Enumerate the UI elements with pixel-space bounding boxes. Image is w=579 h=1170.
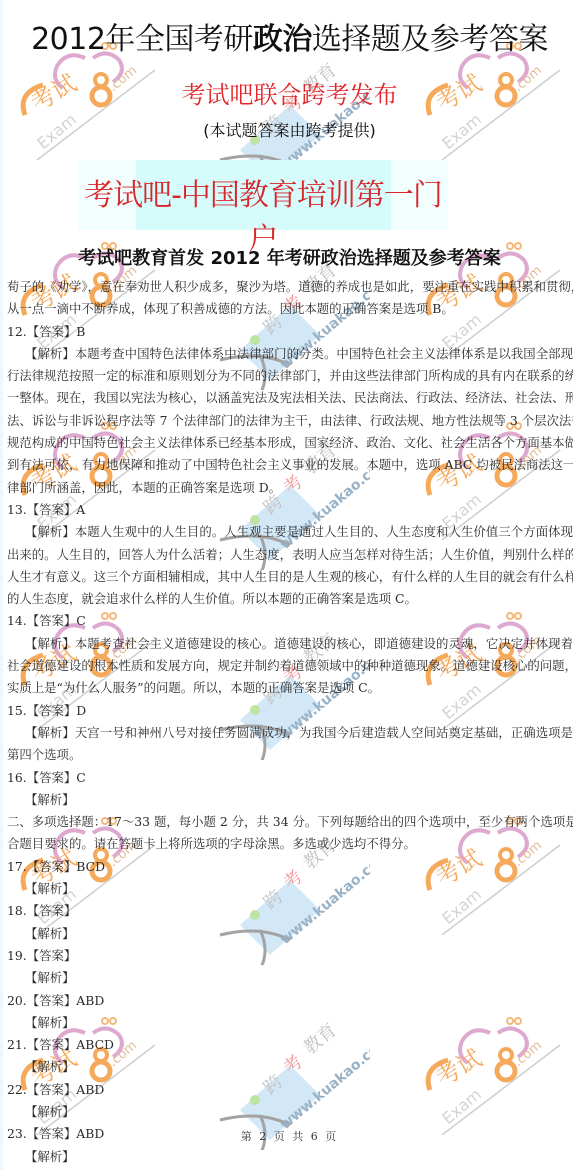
document-title: 2012年全国考研政治选择题及参考答案 (0, 14, 579, 58)
question-answer-22: 22.【答案】ABD (7, 1079, 573, 1101)
page-edge (0, 0, 3, 1170)
analysis-line: 规范构成的中国特色社会主义法律体系已经基本形成，国家经济、政治、文化、社会生活各… (7, 432, 573, 454)
question-number: 20. (7, 993, 27, 1008)
source-note: (本试题答案由跨考提供) (0, 118, 579, 141)
question-number: 13. (7, 502, 27, 517)
analysis-line: 第四个选项。 (7, 744, 573, 766)
analysis-line: 实质上是“为什么人服务”的问题。所以，本题的正确答案是选项 C。 (7, 677, 573, 699)
title-subject: 政治 (253, 22, 312, 57)
answer-label: 【答案】 (27, 993, 77, 1008)
analysis-label: 【解析】 (7, 1101, 573, 1123)
intro-line: 荀子的《劝学》，意在奉劝世人积少成多，聚沙为塔。道德的养成也是如此，要注重在实践… (7, 276, 573, 298)
answer-value: B (76, 324, 85, 339)
answer-value: ABD (76, 993, 104, 1008)
analysis-line: 【解析】天宫一号和神州八号对接任务圆满成功，为我国今后建造载人空间站奠定基础，正… (7, 722, 573, 744)
analysis-line: 的人生态度，就会追求什么样的人生价值。所以本题的正确答案是选项 C。 (7, 588, 573, 610)
answer-value: ABCD (76, 1037, 114, 1052)
analysis-line: 人生才有意义。这三个方面相辅相成，其中人生目的是人生观的核心，有什么样的人生目的… (7, 566, 573, 588)
analysis-label: 【解析】 (7, 1012, 573, 1034)
publisher-line: 考试吧联合跨考发布 (0, 75, 579, 110)
analysis-line: 【解析】本题人生观中的人生目的。人生观主要是通过人生目的、人生态度和人生价值三个… (7, 521, 573, 543)
document-body: 荀子的《劝学》，意在奉劝世人积少成多，聚沙为塔。道德的养成也是如此，要注重在实践… (7, 276, 573, 1168)
question-answer-18: 18.【答案】 (7, 900, 573, 922)
analysis-line: 律部门所涵盖，因此，本题的正确答案是选项 D。 (7, 477, 573, 499)
analysis-label: 【解析】 (7, 967, 573, 989)
question-number: 22. (7, 1082, 27, 1097)
section-two-instructions: 合题目要求的。请在答题卡上将所选项的字母涂黑。多选或少选均不得分。 (7, 833, 573, 855)
analysis-label: 【解析】 (7, 1146, 573, 1168)
analysis-line: 一整体。现在，我国以宪法为核心，以涵盖宪法及宪法相关法、民法商法、行政法、经济法… (7, 387, 573, 409)
answer-value: D (76, 703, 86, 718)
question-answer-15: 15.【答案】D (7, 700, 573, 722)
analysis-label: 【解析】 (7, 789, 573, 811)
section-heading: 考试吧教育首发 2012 年考研政治选择题及参考答案 (0, 244, 579, 270)
analysis-line: 【解析】本题考查中国特色法律体系中法律部门的分类。中国特色社会主义法律体系是以我… (7, 343, 573, 365)
title-suffix: 选择题及参考答案 (312, 22, 548, 57)
analysis-line: 社会道德建设的根本性质和发展方向，规定并制约着道德领域中的种种道德现象。道德建设… (7, 655, 573, 677)
answer-label: 【答案】 (27, 903, 77, 918)
analysis-label: 【解析】 (7, 923, 573, 945)
answer-value: ABD (76, 1082, 104, 1097)
question-number: 16. (7, 770, 27, 785)
question-number: 15. (7, 703, 27, 718)
question-answer-20: 20.【答案】ABD (7, 990, 573, 1012)
answer-label: 【答案】 (27, 502, 77, 517)
analysis-label: 【解析】 (7, 1056, 573, 1078)
answer-label: 【答案】 (27, 859, 77, 874)
question-number: 14. (7, 613, 27, 628)
intro-line: 从一点一滴中不断养成，体现了积善成德的方法。因此本题的正确答案是选项 B。 (7, 298, 573, 320)
answer-value: BCD (76, 859, 105, 874)
question-answer-14: 14.【答案】C (7, 610, 573, 632)
answer-value: C (76, 613, 85, 628)
answer-label: 【答案】 (27, 1082, 77, 1097)
answer-label: 【答案】 (27, 948, 77, 963)
question-answer-19: 19.【答案】 (7, 945, 573, 967)
answer-label: 【答案】 (27, 703, 77, 718)
analysis-line: 【解析】本题考查社会主义道德建设的核心。道德建设的核心，即道德建设的灵魂，它决定… (7, 633, 573, 655)
title-prefix: 2012年全国考研 (31, 22, 253, 57)
question-number: 12. (7, 324, 27, 339)
question-answer-16: 16.【答案】C (7, 767, 573, 789)
answer-label: 【答案】 (27, 324, 77, 339)
question-number: 17. (7, 859, 27, 874)
question-answer-13: 13.【答案】A (7, 499, 573, 521)
analysis-line: 出来的。人生目的，回答人为什么活着；人生态度，表明人应当怎样对待生活；人生价值，… (7, 544, 573, 566)
question-answer-17: 17.【答案】BCD (7, 856, 573, 878)
section-two-instructions: 二、多项选择题：17～33 题，每小题 2 分，共 34 分。下列每题给出的四个… (7, 811, 573, 833)
analysis-line: 法、诉讼与非诉讼程序法等 7 个法律部门的法律为主干，由法律、行政法规、地方性法… (7, 410, 573, 432)
question-answer-21: 21.【答案】ABCD (7, 1034, 573, 1056)
analysis-label: 【解析】 (7, 878, 573, 900)
analysis-line: 到有法可依，有力地保障和推动了中国特色社会主义事业的发展。本题中，选项 ABC … (7, 454, 573, 476)
answer-label: 【答案】 (27, 1037, 77, 1052)
page-indicator: 第 2 页 共 6 页 (0, 1128, 579, 1144)
answer-value: C (76, 770, 85, 785)
question-number: 19. (7, 948, 27, 963)
analysis-line: 行法律规范按照一定的标准和原则划分为不同的法律部门，并由这些法律部门所构成的具有… (7, 365, 573, 387)
question-answer-12: 12.【答案】B (7, 321, 573, 343)
question-number: 21. (7, 1037, 27, 1052)
answer-label: 【答案】 (27, 770, 77, 785)
answer-label: 【答案】 (27, 613, 77, 628)
question-number: 18. (7, 903, 27, 918)
answer-value: A (76, 502, 85, 517)
